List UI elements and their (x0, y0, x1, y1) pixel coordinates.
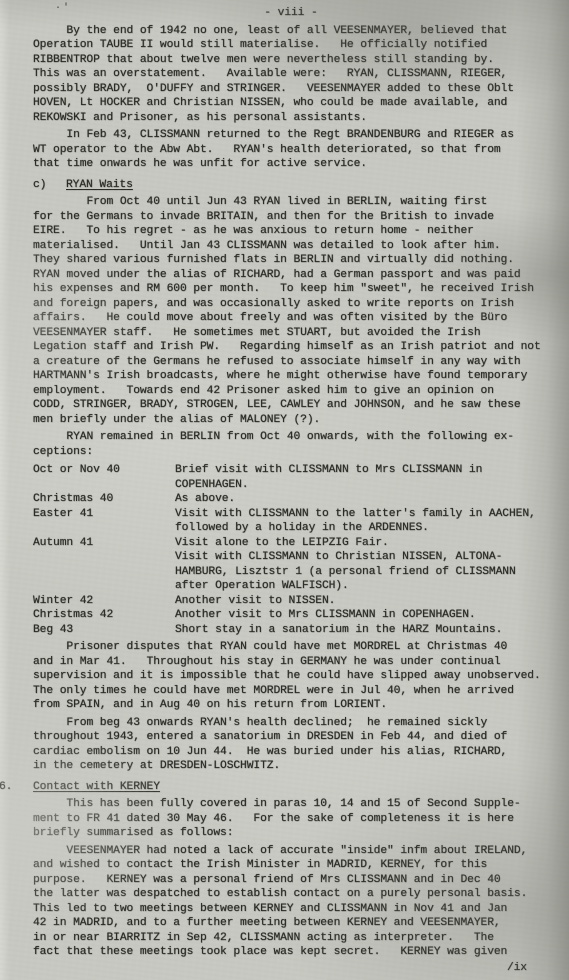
exception-desc: Brief visit with CLISSMANN to Mrs CLISSM… (175, 463, 549, 492)
table-row: Beg 43 Short stay in a sanatorium in the… (33, 623, 549, 638)
exception-desc: Visit alone to the LEIPZIG Fair. Visit w… (175, 536, 549, 594)
table-row: Oct or Nov 40 Brief visit with CLISSMANN… (33, 463, 549, 492)
page-number: - viii - (33, 6, 549, 21)
paragraph-exceptions-intro: RYAN remained in BERLIN from Oct 40 onwa… (33, 430, 549, 459)
paragraph-berlin: From Oct 40 until Jun 43 RYAN lived in B… (33, 195, 549, 427)
section-number: 6. (0, 780, 12, 795)
exception-date: Autumn 41 (33, 536, 175, 594)
exception-date: Christmas 40 (33, 492, 175, 507)
exception-desc: Visit with CLISSMANN to the latter's fam… (175, 507, 549, 536)
exception-date: Winter 42 (33, 594, 175, 609)
exception-date: Christmas 42 (33, 608, 175, 623)
table-row: Easter 41 Visit with CLISSMANN to the la… (33, 507, 549, 536)
paragraph-mordrel: Prisoner disputes that RYAN could have m… (33, 640, 549, 713)
exception-desc: As above. (175, 492, 549, 507)
footer-page-ref: /ix (33, 961, 549, 976)
exceptions-table: Oct or Nov 40 Brief visit with CLISSMANN… (33, 463, 549, 637)
exception-date: Easter 41 (33, 507, 175, 536)
exception-desc: Another visit to NISSEN. (175, 594, 549, 609)
table-row: Winter 42 Another visit to NISSEN. (33, 594, 549, 609)
section-heading-contact-kerney: 6. Contact with KERNEY (33, 780, 549, 795)
exception-desc: Another visit to Mrs CLISSMANN in COPENH… (175, 608, 549, 623)
paragraph-health: From beg 43 onwards RYAN's health declin… (33, 716, 549, 774)
table-row: Christmas 42 Another visit to Mrs CLISSM… (33, 608, 549, 623)
paragraph-intro: By the end of 1942 no one, least of all … (33, 24, 549, 126)
paragraph-covered: This has been fully covered in paras 10,… (33, 797, 549, 841)
section-title: RYAN Waits (66, 178, 133, 193)
document-body: - viii - By the end of 1942 no one, leas… (33, 6, 549, 975)
section-label: c) (33, 178, 66, 193)
exception-desc: Short stay in a sanatorium in the HARZ M… (175, 623, 549, 638)
scanned-document-page: ·' - viii - By the end of 1942 no one, l… (0, 0, 569, 980)
paragraph-feb43: In Feb 43, CLISSMANN returned to the Reg… (33, 128, 549, 172)
section-title: Contact with KERNEY (33, 780, 160, 795)
exception-date: Oct or Nov 40 (33, 463, 175, 492)
paragraph-kerney: VEESENMAYER had noted a lack of accurate… (33, 844, 549, 960)
table-row: Autumn 41 Visit alone to the LEIPZIG Fai… (33, 536, 549, 594)
section-heading-ryan-waits: c) RYAN Waits (33, 178, 549, 193)
exception-date: Beg 43 (33, 623, 175, 638)
table-row: Christmas 40 As above. (33, 492, 549, 507)
